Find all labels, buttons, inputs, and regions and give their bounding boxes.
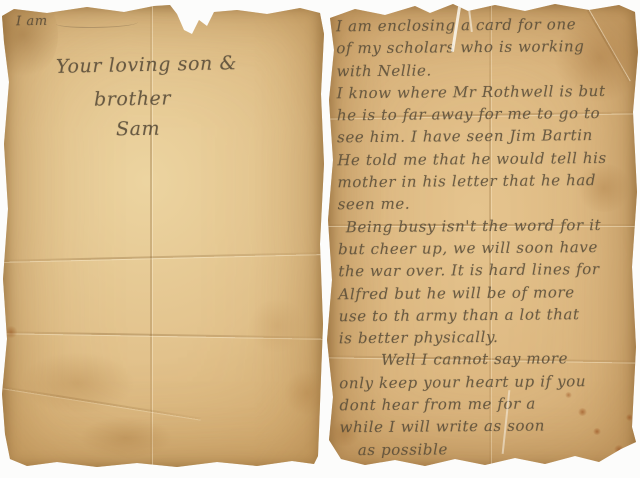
stain <box>20 352 135 414</box>
handwriting-line: dont hear from me for a <box>339 394 637 419</box>
handwriting-line: with Nellie. <box>336 59 634 84</box>
fold-crease <box>2 331 324 339</box>
pen-flourish <box>56 18 138 28</box>
handwriting-line: only keep your heart up if you <box>339 371 637 396</box>
letter-scan: I am Your loving son & brother Sam I am … <box>0 0 640 478</box>
handwriting-line: while I will write as soon <box>340 416 638 441</box>
letter-left-page: I am Your loving son & brother Sam <box>2 4 324 470</box>
stain <box>0 0 58 80</box>
handwriting-line: see him. I have seen Jim Bartin <box>337 126 635 151</box>
letter-body-text: I am enclosing a card for oneof my schol… <box>336 15 638 464</box>
handwriting-line: Alfred but he will be of more <box>338 282 636 307</box>
handwriting-line: is better physically. <box>339 327 637 352</box>
handwriting-line: I am enclosing a card for one <box>336 15 634 40</box>
fold-crease <box>2 252 324 262</box>
handwriting-line: He told me that he would tell his <box>337 148 635 173</box>
handwriting-closing-line: brother <box>94 87 171 110</box>
handwriting-line: as possible <box>340 438 638 463</box>
handwriting-closing-line: Your loving son & <box>56 52 237 78</box>
handwriting-signature: Sam <box>116 118 161 141</box>
handwriting-line: of my scholars who is working <box>336 37 634 62</box>
handwriting-line: mother in his letter that he had <box>337 171 635 196</box>
handwriting-line: but cheer up, we will soon have <box>338 238 636 263</box>
handwriting-line: Being busy isn't the word for it <box>338 215 636 240</box>
handwriting-line: I know where Mr Rothwell is but <box>337 82 635 107</box>
handwriting-line: seen me. <box>338 193 636 218</box>
letter-right-page: I am enclosing a card for oneof my schol… <box>327 2 638 470</box>
fold-crease <box>3 386 201 419</box>
handwriting-line: Well I cannot say more <box>339 349 637 374</box>
handwriting-line: the war over. It is hard lines for <box>338 260 636 285</box>
handwriting-top-note: I am <box>16 14 48 30</box>
stain <box>246 300 308 352</box>
handwriting-line: he is to far away for me to go to <box>337 104 635 129</box>
stain <box>4 326 18 338</box>
handwriting-line: use to th army than a lot that <box>339 305 637 330</box>
stain <box>284 370 330 416</box>
stain <box>78 416 174 460</box>
